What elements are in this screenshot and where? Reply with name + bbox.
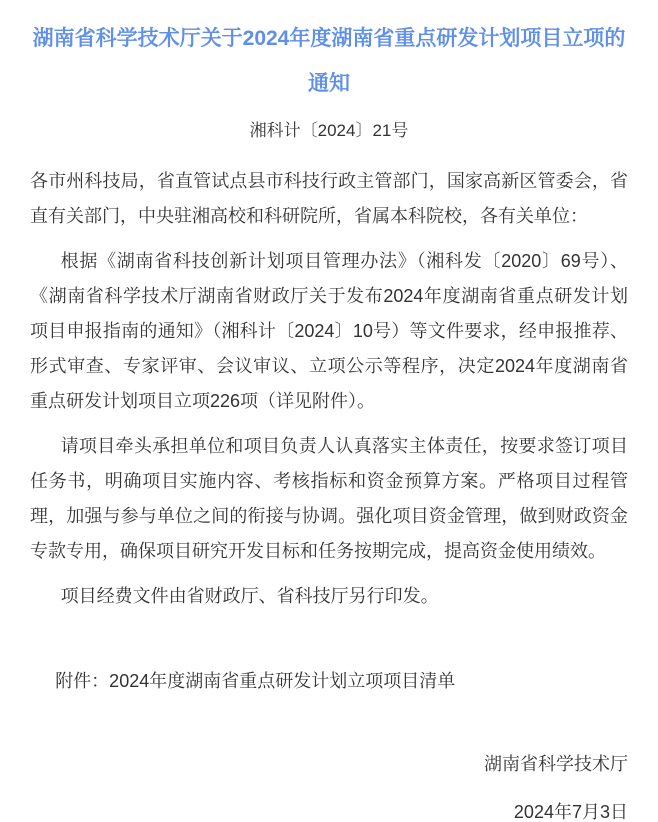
attachment-line: 附件：2024年度湖南省重点研发计划立项项目清单 — [30, 664, 628, 699]
paragraph-funding: 项目经费文件由省财政厅、省科技厅另行印发。 — [30, 579, 628, 614]
notice-page: 湖南省科学技术厅关于2024年度湖南省重点研发计划项目立项的通知 湘科计〔202… — [0, 0, 658, 822]
document-number: 湘科计〔2024〕21号 — [30, 118, 628, 144]
salutation: 各市州科技局，省直管试点县市科技行政主管部门，国家高新区管委会，省直有关部门，中… — [30, 164, 628, 234]
document-title: 湖南省科学技术厅关于2024年度湖南省重点研发计划项目立项的通知 — [30, 16, 628, 106]
signature-organization: 湖南省科学技术厅 — [30, 747, 628, 782]
paragraph-basis: 根据《湖南省科技创新计划项目管理办法》（湘科发〔2020〕69号）、《湖南省科学… — [30, 244, 628, 419]
signature-block: 湖南省科学技术厅 2024年7月3日 — [30, 747, 628, 822]
signature-date: 2024年7月3日 — [30, 795, 628, 822]
paragraph-requirements: 请项目牵头承担单位和项目负责人认真落实主体责任，按要求签订项目任务书，明确项目实… — [30, 429, 628, 569]
document-body: 各市州科技局，省直管试点县市科技行政主管部门，国家高新区管委会，省直有关部门，中… — [30, 164, 628, 699]
